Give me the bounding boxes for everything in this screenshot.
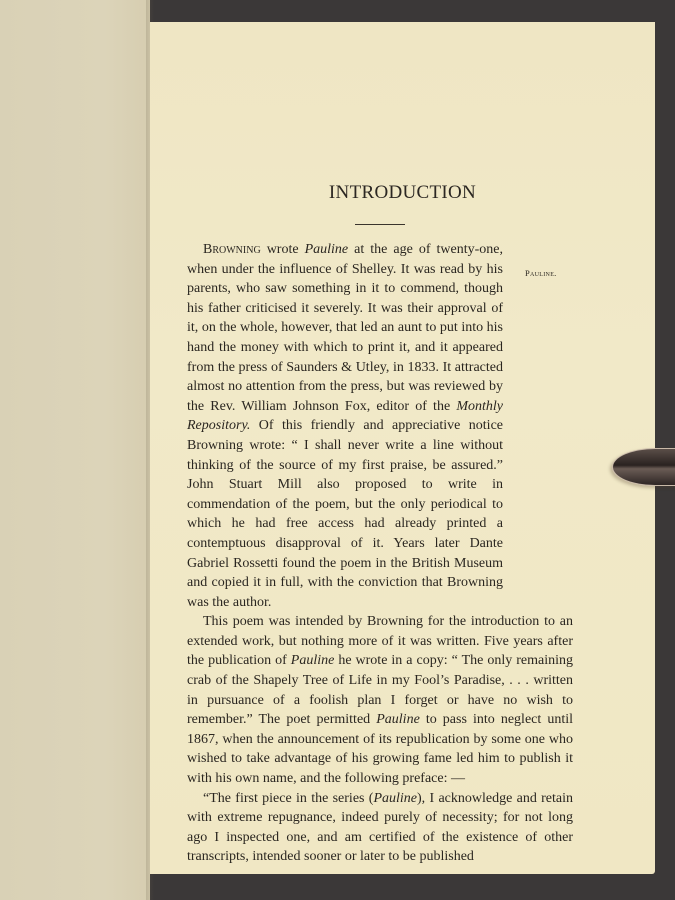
paragraph-2: This poem was intended by Browning for t… — [187, 612, 573, 788]
italic-title: Pauline — [305, 242, 349, 257]
paragraph-1: Browning wrote Pauline at the age of twe… — [187, 240, 573, 612]
right-page: INTRODUCTION Pauline. Browning wrote Pau… — [150, 22, 655, 874]
body-text: Browning wrote Pauline at the age of twe… — [187, 240, 573, 867]
lead-word: Browning — [203, 242, 261, 257]
left-page — [0, 0, 150, 900]
paragraph-3: “The first piece in the series (Pauline)… — [187, 789, 573, 867]
italic-title: Pauline — [376, 712, 420, 727]
title-rule — [355, 224, 405, 225]
italic-title: Pauline — [291, 653, 335, 668]
page-title: INTRODUCTION — [150, 182, 655, 204]
italic-title: Pauline — [373, 791, 417, 806]
